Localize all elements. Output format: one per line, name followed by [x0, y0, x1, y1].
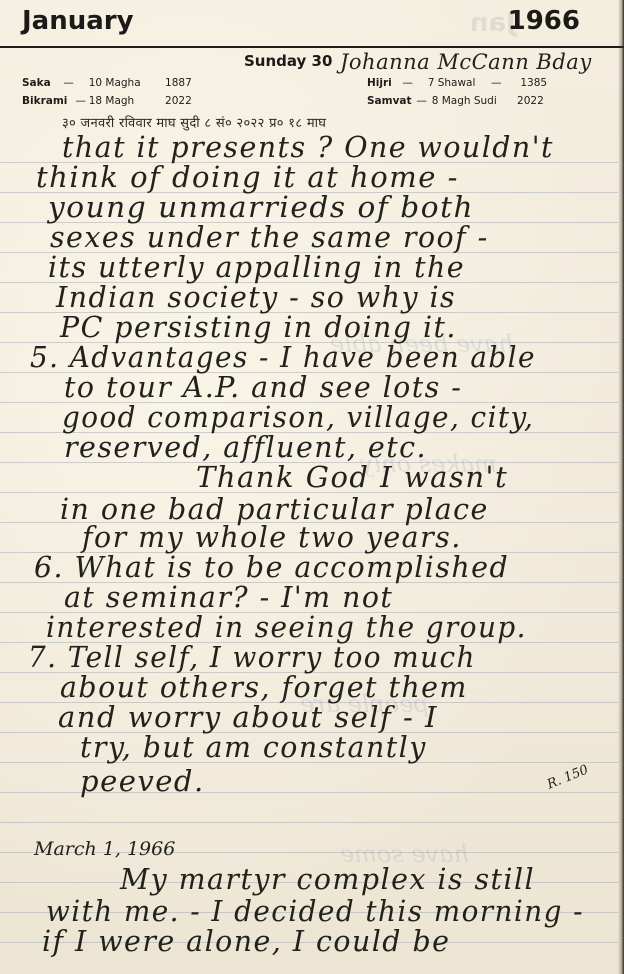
- calendar-date: 10 Magha: [89, 77, 162, 89]
- diary-page: Jan have been able makes only people are…: [0, 0, 624, 974]
- diary-line: good comparison, village, city,: [62, 400, 534, 434]
- diary-line: My martyr complex is still: [120, 862, 535, 896]
- page-edge: [618, 0, 624, 974]
- entry-date-heading: March 1, 1966: [34, 838, 175, 860]
- calendar-label: Bikrami: [22, 95, 72, 107]
- diary-line: about others, forget them: [60, 670, 468, 704]
- diary-list-item-6: 6. What is to be accomplished: [34, 550, 509, 584]
- calendar-hijri: Hijri — 7 Shawal — 1385: [367, 77, 547, 89]
- calendar-date: 18 Magh: [89, 95, 162, 107]
- diary-line: Indian society - so why is: [56, 280, 456, 314]
- calendar-date: 8 Magh Sudi: [432, 95, 514, 107]
- diary-line: PC persisting in doing it.: [60, 310, 457, 344]
- calendar-label: Samvat: [367, 95, 413, 107]
- diary-line: reserved, affluent, etc.: [64, 430, 427, 464]
- diary-line: its utterly appalling in the: [48, 250, 465, 284]
- margin-price-note: R. 150: [545, 762, 590, 792]
- diary-list-item-5: 5. Advantages - I have been able: [30, 340, 536, 374]
- calendar-bikrami: Bikrami — 18 Magh 2022: [22, 95, 192, 107]
- diary-line: for my whole two years.: [82, 520, 462, 554]
- calendar-samvat: Samvat — 8 Magh Sudi 2022: [367, 95, 544, 107]
- diary-line: with me. - I decided this morning -: [46, 894, 584, 928]
- calendar-date: 7 Shawal: [428, 77, 488, 89]
- calendar-year: 1887: [165, 77, 192, 89]
- diary-line: sexes under the same roof -: [50, 220, 489, 254]
- calendar-year: 1385: [520, 77, 547, 89]
- diary-line: if I were alone, I could be: [42, 924, 450, 958]
- calendar-label: Hijri: [367, 77, 399, 89]
- diary-line: Thank God I wasn't: [196, 460, 508, 494]
- calendar-year: 2022: [517, 95, 544, 107]
- calendar-label: Saka: [22, 77, 60, 89]
- diary-line: and worry about self - I: [58, 700, 438, 734]
- diary-line: interested in seeing the group.: [46, 610, 527, 644]
- diary-line: at seminar? - I'm not: [64, 580, 393, 614]
- diary-line: think of doing it at home -: [36, 160, 459, 194]
- handwritten-birthday-note: Johanna McCann Bday: [340, 50, 592, 74]
- header-divider: [0, 46, 624, 48]
- diary-line: to tour A.P. and see lots -: [64, 370, 462, 404]
- page-month-title: January: [22, 6, 134, 36]
- diary-line: young unmarrieds of both: [48, 190, 474, 224]
- diary-line: try, but am constantly: [80, 730, 427, 764]
- page-year-title: 1966: [508, 6, 580, 36]
- diary-list-item-7: 7. Tell self, I worry too much: [28, 640, 476, 674]
- calendar-year: 2022: [165, 95, 192, 107]
- calendar-saka: Saka — 10 Magha 1887: [22, 77, 192, 89]
- hindi-date-line: ३० जनवरी रविवार माघ सुदी ८ सं० २०२२ प्र०…: [62, 113, 326, 131]
- diary-line: peeved.: [80, 764, 205, 798]
- weekday-date-label: Sunday 30: [244, 52, 332, 70]
- diary-line: that it presents ? One wouldn't: [62, 130, 554, 164]
